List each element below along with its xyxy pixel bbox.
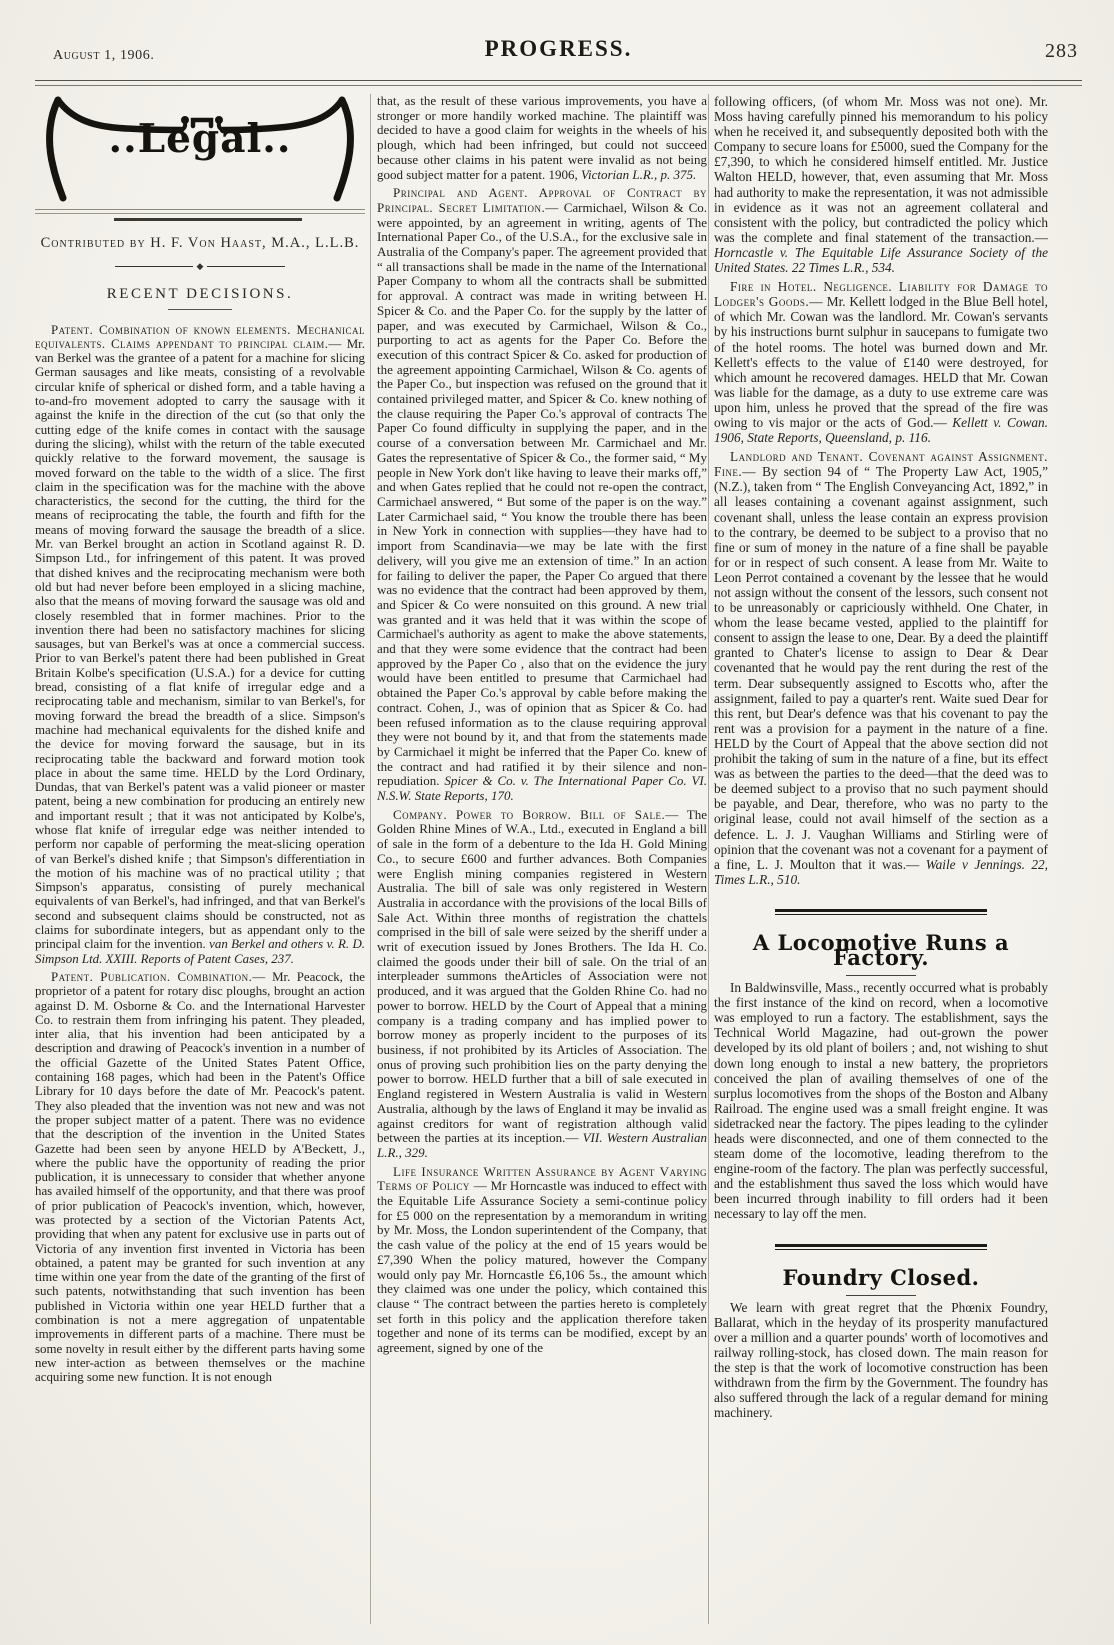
article-body: Mr Horncastle was induced to effect with… — [377, 1178, 707, 1355]
locomotive-article-body: In Baldwinsville, Mass., recently occurr… — [714, 976, 1048, 1222]
section-divider — [775, 1244, 987, 1250]
legal-article-patent-combination: Patent. Combination of known elements. M… — [35, 310, 365, 966]
column-2: that, as the result of these various imp… — [377, 94, 707, 1639]
column-1: ..Legal.. Contributed by H. F. Von Haast… — [35, 94, 365, 1639]
banner-rule-heavy — [114, 218, 302, 221]
legal-article-continuation: that, as the result of these various imp… — [377, 94, 707, 182]
legal-article-life-insurance: Life Insurance Written Assurance by Agen… — [377, 1161, 707, 1356]
article-body: In Baldwinsville, Mass., recently occurr… — [714, 980, 1048, 1221]
recent-decisions-heading: RECENT DECISIONS. — [35, 287, 365, 301]
article-body: Mr. van Berkel was the grantee of a pate… — [35, 337, 365, 951]
article-body: Mr. Peacock, the proprietor of a patent … — [35, 970, 365, 1384]
article-lead: Patent. Publication. Combination.— — [51, 970, 266, 984]
legal-article-company-borrow: Company. Power to Borrow. Bill of Sale.—… — [377, 804, 707, 1161]
column-rule — [370, 94, 371, 1624]
legal-banner: ..Legal.. — [35, 94, 365, 208]
foundry-article-body: We learn with great regret that the Phœn… — [714, 1296, 1048, 1421]
page-number: 283 — [1045, 40, 1078, 63]
article-body: The Golden Rhine Mines of W.A., Ltd., ex… — [377, 807, 707, 1145]
divider-bar — [115, 266, 193, 267]
article-body: We learn with great regret that the Phœn… — [714, 1300, 1048, 1421]
article-body: By section 94 of “ The Property Law Act,… — [714, 464, 1048, 871]
diamond-icon: ◆ — [193, 262, 208, 271]
article-lead: Patent. Combination of known elements. M… — [35, 323, 365, 351]
locomotive-article-title: A Locomotive Runs a Factory. — [714, 935, 1048, 965]
article-body: Mr. Kellett lodged in the Blue Bell hote… — [714, 294, 1048, 430]
header-rule — [35, 80, 1082, 86]
divider-bar — [207, 266, 285, 267]
page-title: PROGRESS. — [35, 36, 1082, 62]
legal-article-fire-in-hotel: Fire in Hotel. Negligence. Liability for… — [714, 275, 1048, 445]
journal-page: August 1, 1906. PROGRESS. 283 — [0, 0, 1114, 1645]
article-body: following officers, (of whom Mr. Moss wa… — [714, 94, 1048, 245]
legal-banner-title: ..Legal.. — [35, 132, 365, 146]
contributor-line: Contributed by H. F. Von Haast, M.A., L.… — [35, 236, 365, 250]
legal-article-continuation: following officers, (of whom Mr. Moss wa… — [714, 94, 1048, 275]
article-citation: Victorian L.R., p. 375. — [581, 167, 696, 182]
section-divider — [775, 909, 987, 915]
column-3: following officers, (of whom Mr. Moss wa… — [714, 94, 1048, 1639]
legal-article-principal-agent: Principal and Agent. Approval of Contrac… — [377, 182, 707, 804]
banner-rule — [35, 209, 365, 214]
legal-article-landlord-tenant: Landlord and Tenant. Covenant against As… — [714, 445, 1048, 887]
foundry-article-title: Foundry Closed. — [714, 1270, 1048, 1285]
article-body: Carmichael, Wilson & Co. were appointed,… — [377, 200, 707, 788]
page-header: August 1, 1906. PROGRESS. 283 — [35, 36, 1082, 76]
column-rule — [708, 94, 709, 1624]
ornament-divider: ◆ — [115, 262, 285, 271]
article-lead: Company. Power to Borrow. Bill of Sale.— — [393, 807, 679, 822]
article-citation: Horncastle v. The Equitable Life Assuran… — [714, 245, 1048, 275]
legal-article-patent-publication: Patent. Publication. Combination.— Mr. P… — [35, 966, 365, 1385]
